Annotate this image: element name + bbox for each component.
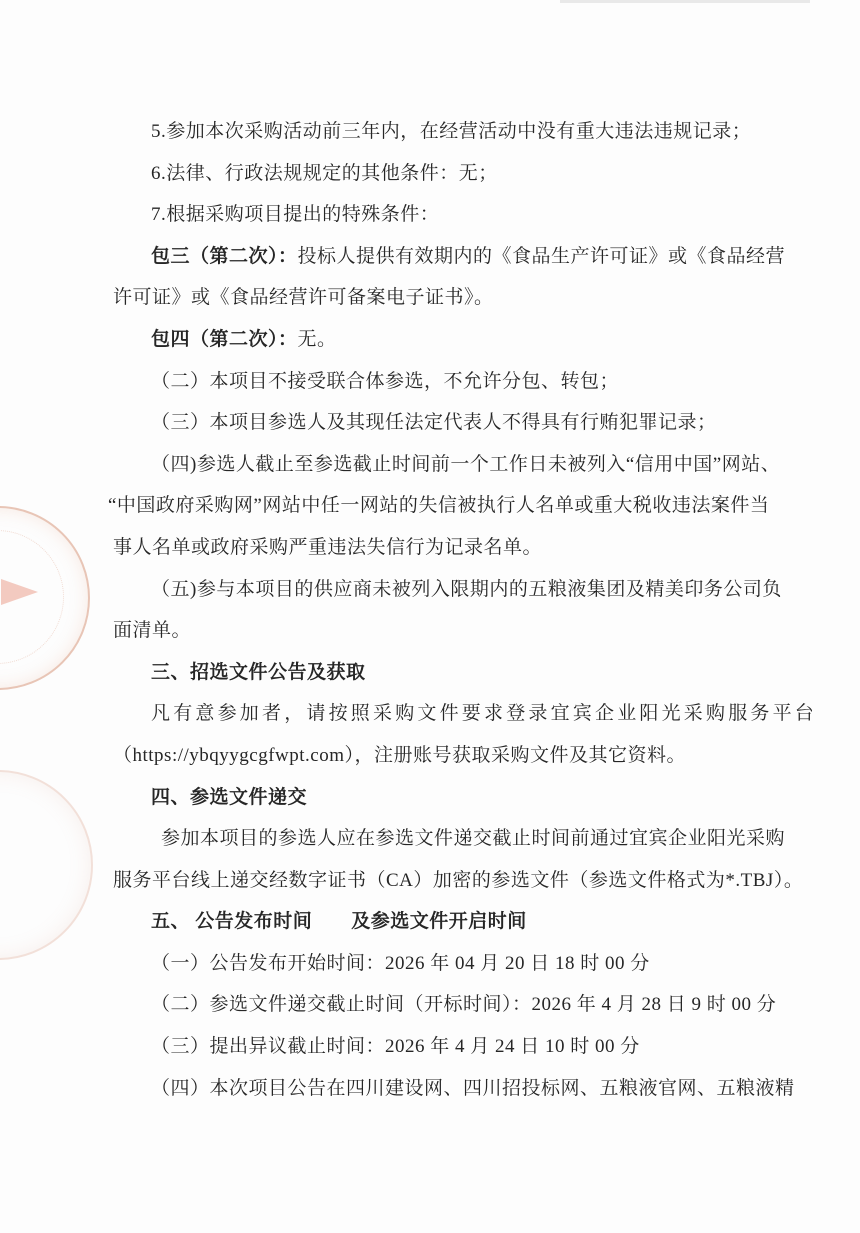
package-three-label: 包三（第二次）： <box>151 246 298 267</box>
schedule-item-1: （一）公告发布开始时间：2026 年 04 月 20 日 18 时 00 分 <box>113 943 753 985</box>
package-three-clause: 包三（第二次）：投标人提供有效期内的《食品生产许可证》或《食品经营 <box>113 236 753 278</box>
package-four-clause: 包四（第二次）：无。 <box>113 319 753 361</box>
package-four-label: 包四（第二次）： <box>151 329 298 350</box>
official-seal-stamp-bottom <box>0 770 93 960</box>
schedule-item-4: （四）本次项目公告在四川建设网、四川招投标网、五粮液官网、五粮液精 <box>113 1068 753 1110</box>
clause-iv-continued-1: “中国政府采购网”网站中任一网站的失信被执行人名单或重大税收违法案件当 <box>108 485 753 527</box>
clause-iv: （四)参选人截止至参选截止时间前一个工作日未被列入“信用中国”网站、 <box>113 444 753 486</box>
official-seal-stamp-top-inner-ring <box>0 530 64 664</box>
official-seal-stamp-top <box>0 506 90 690</box>
section-4-heading: 四、参选文件递交 <box>113 777 753 819</box>
document-body: 5.参加本次采购活动前三年内，在经营活动中没有重大违法违规记录； 6.法律、行政… <box>113 111 753 1109</box>
scan-artifact <box>560 0 810 3</box>
schedule-item-2: （二）参选文件递交截止时间（开标时间）：2026 年 4 月 28 日 9 时 … <box>113 984 753 1026</box>
clause-v-continued: 面清单。 <box>113 610 753 652</box>
package-three-clause-continued: 许可证》或《食品经营许可备案电子证书》。 <box>113 277 753 319</box>
official-seal-star-fragment <box>1 579 38 605</box>
clause-iii: （三）本项目参选人及其现任法定代表人不得具有行贿犯罪记录； <box>113 402 753 444</box>
section-3-body: 凡有意参加者，请按照采购文件要求登录宜宾企业阳光采购服务平台 <box>113 693 753 735</box>
section-5-heading: 五、 公告发布时间 及参选文件开启时间 <box>113 901 753 943</box>
section-4-body: 参加本项目的参选人应在参选文件递交截止时间前通过宜宾企业阳光采购 <box>113 818 753 860</box>
scanned-document-page: 5.参加本次采购活动前三年内，在经营活动中没有重大违法违规记录； 6.法律、行政… <box>0 0 860 1233</box>
schedule-item-3: （三）提出异议截止时间：2026 年 4 月 24 日 10 时 00 分 <box>113 1026 753 1068</box>
clause-5: 5.参加本次采购活动前三年内，在经营活动中没有重大违法违规记录； <box>113 111 753 153</box>
section-4-body-continued: 服务平台线上递交经数字证书（CA）加密的参选文件（参选文件格式为*.TBJ）。 <box>113 860 753 902</box>
clause-7: 7.根据采购项目提出的特殊条件： <box>113 194 753 236</box>
section-3-body-continued: （https://ybqyygcgfwpt.com），注册账号获取采购文件及其它… <box>113 735 753 777</box>
section-3-heading: 三、招选文件公告及获取 <box>113 652 753 694</box>
clause-6: 6.法律、行政法规规定的其他条件：无； <box>113 153 753 195</box>
clause-iv-continued-2: 事人名单或政府采购严重违法失信行为记录名单。 <box>113 527 753 569</box>
clause-ii: （二）本项目不接受联合体参选，不允许分包、转包； <box>113 361 753 403</box>
package-three-text: 投标人提供有效期内的《食品生产许可证》或《食品经营 <box>298 246 786 267</box>
package-four-text: 无。 <box>298 329 337 350</box>
clause-v: （五)参与本项目的供应商未被列入限期内的五粮液集团及精美印务公司负 <box>113 569 753 611</box>
